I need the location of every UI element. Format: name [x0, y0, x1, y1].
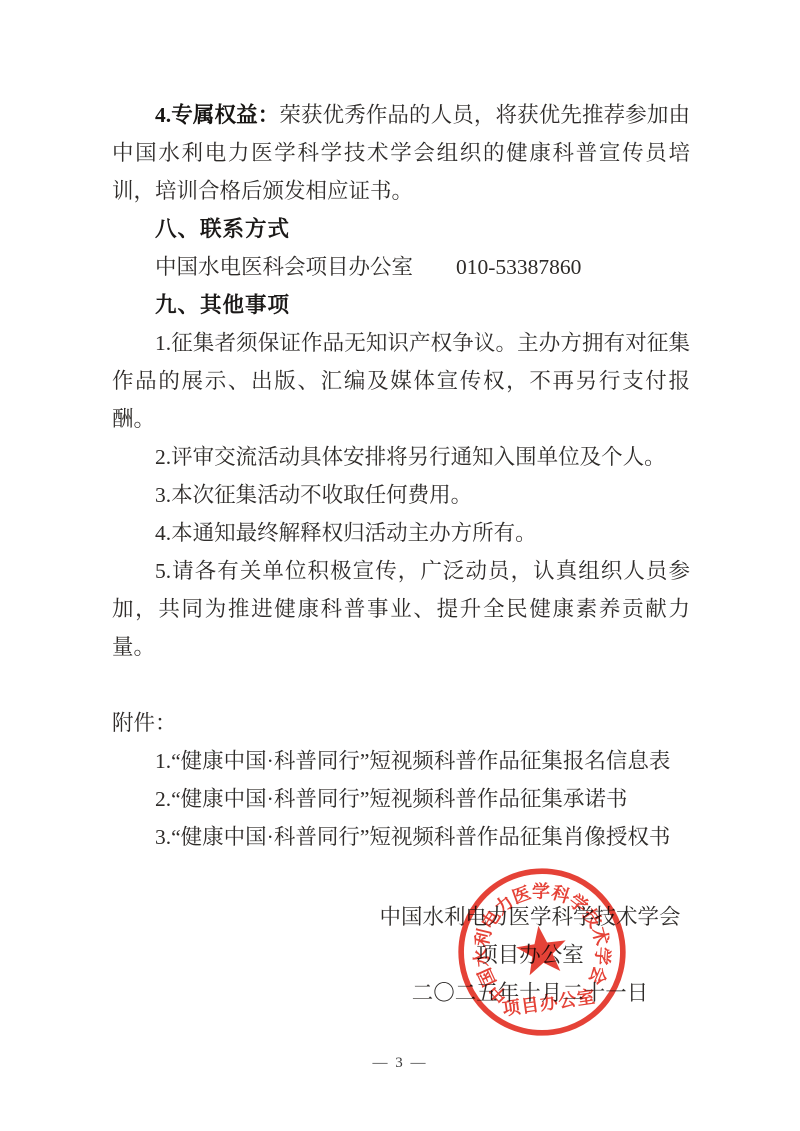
paragraph-benefits-lead: 4.专属权益：	[155, 103, 279, 127]
other-item-1: 1.征集者须保证作品无知识产权争议。主办方拥有对征集作品的展示、出版、汇编及媒体…	[112, 324, 690, 438]
signature-office: 项目办公室	[330, 936, 730, 974]
attachment-item-1: 1.“健康中国·科普同行”短视频科普作品征集报名信息表	[112, 742, 690, 780]
document-page: 4.专属权益：荣获优秀作品的人员，将获优先推荐参加由中国水利电力医学科学技术学会…	[0, 0, 800, 1131]
signature-org: 中国水利电力医学科学技术学会	[330, 898, 730, 936]
attachments-label: 附件：	[112, 704, 690, 742]
attachment-item-3: 3.“健康中国·科普同行”短视频科普作品征集肖像授权书	[112, 818, 690, 856]
contact-line: 中国水电医科会项目办公室 010-53387860	[112, 248, 690, 286]
page-number: — 3 —	[0, 1055, 800, 1072]
attachment-item-2: 2.“健康中国·科普同行”短视频科普作品征集承诺书	[112, 780, 690, 818]
section-heading-other: 九、其他事项	[112, 286, 690, 324]
section-heading-contact: 八、联系方式	[112, 210, 690, 248]
other-item-2: 2.评审交流活动具体安排将另行通知入围单位及个人。	[112, 438, 690, 476]
other-item-4: 4.本通知最终解释权归活动主办方所有。	[112, 514, 690, 552]
other-item-3: 3.本次征集活动不收取任何费用。	[112, 476, 690, 514]
other-item-5: 5.请各有关单位积极宣传，广泛动员，认真组织人员参加，共同为推进健康科普事业、提…	[112, 552, 690, 666]
paragraph-benefits: 4.专属权益：荣获优秀作品的人员，将获优先推荐参加由中国水利电力医学科学技术学会…	[112, 96, 690, 210]
signature-block: 中国水利电力医学科学技术学会 项目办公室 二〇二五年十月二十一日	[330, 898, 730, 1012]
signature-date: 二〇二五年十月二十一日	[330, 974, 730, 1012]
document-body: 4.专属权益：荣获优秀作品的人员，将获优先推荐参加由中国水利电力医学科学技术学会…	[112, 96, 690, 856]
